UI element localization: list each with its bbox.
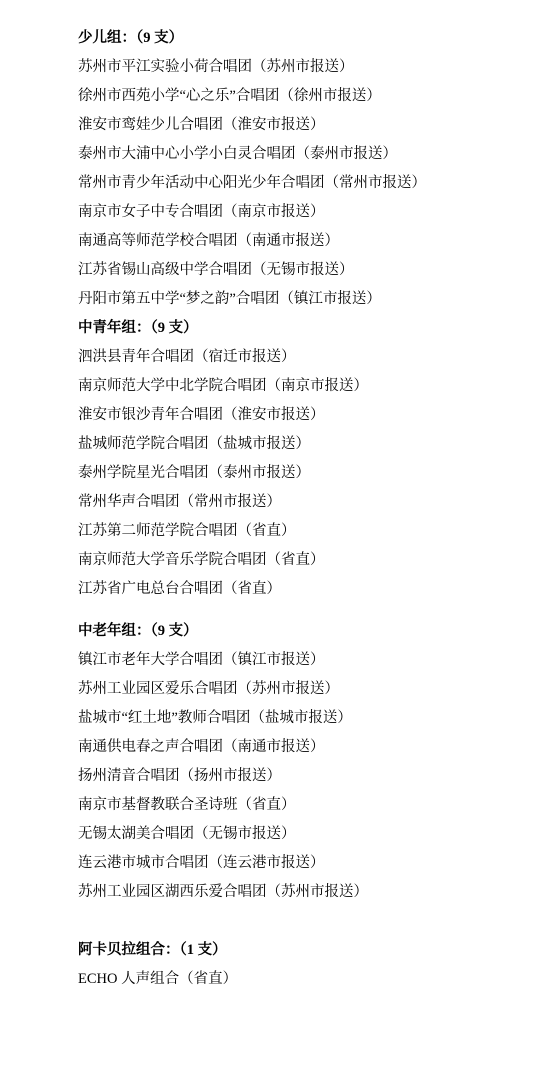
list-item: 常州市青少年活动中心阳光少年合唱团（常州市报送）: [78, 169, 545, 198]
list-item: 苏州市平江实验小荷合唱团（苏州市报送）: [78, 53, 545, 82]
section-group-3: 中老年组：（9 支）镇江市老年大学合唱团（镇江市报送）苏州工业园区爱乐合唱团（苏…: [78, 617, 545, 907]
list-item: 南京市基督教联合圣诗班（省直）: [78, 791, 545, 820]
choir-list-document: 少儿组：（9 支）苏州市平江实验小荷合唱团（苏州市报送）徐州市西苑小学“心之乐”…: [78, 24, 545, 994]
list-item: 盐城师范学院合唱团（盐城市报送）: [78, 430, 545, 459]
section-title: 中老年组：（9 支）: [78, 617, 545, 646]
section-group-1: 少儿组：（9 支）苏州市平江实验小荷合唱团（苏州市报送）徐州市西苑小学“心之乐”…: [78, 24, 545, 314]
section-title: 阿卡贝拉组合：（1 支）: [78, 936, 545, 965]
list-item: 无锡太湖美合唱团（无锡市报送）: [78, 820, 545, 849]
list-item: 泗洪县青年合唱团（宿迁市报送）: [78, 343, 545, 372]
list-item: 南京师范大学音乐学院合唱团（省直）: [78, 546, 545, 575]
list-item: 南通供电春之声合唱团（南通市报送）: [78, 733, 545, 762]
list-item: 泰州市大浦中心小学小白灵合唱团（泰州市报送）: [78, 140, 545, 169]
list-item: 徐州市西苑小学“心之乐”合唱团（徐州市报送）: [78, 82, 545, 111]
list-item: 连云港市城市合唱团（连云港市报送）: [78, 849, 545, 878]
list-item: 南通高等师范学校合唱团（南通市报送）: [78, 227, 545, 256]
list-item: 苏州工业园区爱乐合唱团（苏州市报送）: [78, 675, 545, 704]
list-item: 扬州清音合唱团（扬州市报送）: [78, 762, 545, 791]
section-group-4: 阿卡贝拉组合：（1 支）ECHO 人声组合（省直）: [78, 936, 545, 994]
list-item: 江苏第二师范学院合唱团（省直）: [78, 517, 545, 546]
list-item: 丹阳市第五中学“梦之韵”合唱团（镇江市报送）: [78, 285, 545, 314]
list-item: 南京师范大学中北学院合唱团（南京市报送）: [78, 372, 545, 401]
list-item: ECHO 人声组合（省直）: [78, 965, 545, 994]
list-item: 镇江市老年大学合唱团（镇江市报送）: [78, 646, 545, 675]
list-item: 盐城市“红土地”教师合唱团（盐城市报送）: [78, 704, 545, 733]
list-item: 苏州工业园区湖西乐爱合唱团（苏州市报送）: [78, 878, 545, 907]
list-item: 泰州学院星光合唱团（泰州市报送）: [78, 459, 545, 488]
section-group-2: 中青年组：（9 支）泗洪县青年合唱团（宿迁市报送）南京师范大学中北学院合唱团（南…: [78, 314, 545, 604]
list-item: 南京市女子中专合唱团（南京市报送）: [78, 198, 545, 227]
list-item: 淮安市鸾娃少儿合唱团（淮安市报送）: [78, 111, 545, 140]
list-item: 常州华声合唱团（常州市报送）: [78, 488, 545, 517]
list-item: 江苏省锡山高级中学合唱团（无锡市报送）: [78, 256, 545, 285]
document-page: 少儿组：（9 支）苏州市平江实验小荷合唱团（苏州市报送）徐州市西苑小学“心之乐”…: [0, 0, 555, 1077]
section-title: 少儿组：（9 支）: [78, 24, 545, 53]
section-title: 中青年组：（9 支）: [78, 314, 545, 343]
list-item: 淮安市银沙青年合唱团（淮安市报送）: [78, 401, 545, 430]
list-item: 江苏省广电总台合唱团（省直）: [78, 575, 545, 604]
